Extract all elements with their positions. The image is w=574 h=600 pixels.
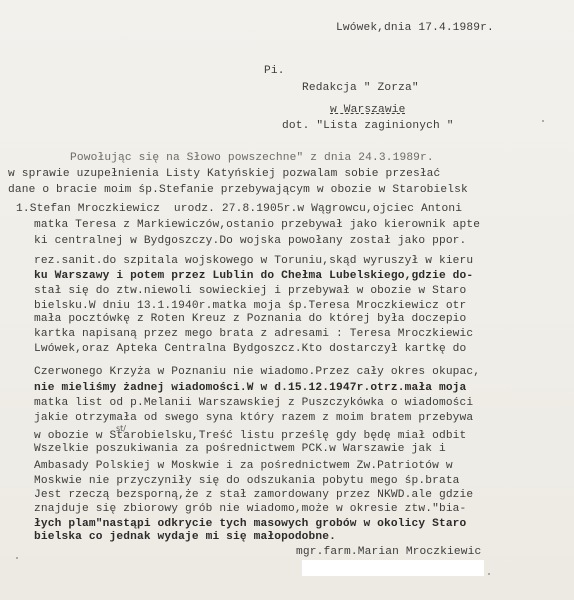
body-line: Lwówek,oraz Apteka Centralna Bydgoszcz.K… xyxy=(34,343,466,356)
body-line: Ambasady Polskiej w Moskwie i za pośredn… xyxy=(34,460,453,473)
body-line: matka list od p.Melanii Warszawskiej z P… xyxy=(34,397,473,410)
letter-subject: dot. "Lista zaginionych " xyxy=(282,120,454,133)
signature: mgr.farm.Marian Mroczkiewic xyxy=(296,546,481,559)
body-line: w obozie w Starobielsku,Treść listu prze… xyxy=(34,430,466,443)
paper-speck xyxy=(16,557,18,559)
body-line: mała pocztówkę z Roten Kreuz z Poznania … xyxy=(34,313,466,326)
body-line: dane o bracie moim śp.Stefanie przebywaj… xyxy=(8,184,468,197)
body-line: bielsku.W dniu 13.1.1940r.matka moja śp.… xyxy=(34,300,466,313)
body-line: Wszelkie poszukiwania za pośrednictwem P… xyxy=(34,443,446,456)
body-line: Powołując się na Słowo powszechne" z dni… xyxy=(70,152,434,165)
paper-speck xyxy=(488,573,490,575)
addressee-city: w Warszawie xyxy=(330,104,406,117)
place-date: Lwówek,dnia 17.4.1989r. xyxy=(336,22,494,35)
addressee-prefix: Pi. xyxy=(264,65,285,78)
paper-speck xyxy=(542,120,544,122)
redaction-box xyxy=(302,560,484,576)
body-line: matka Teresa z Markiewiczów,ostanio prze… xyxy=(34,219,480,232)
body-line: znajduje się zbiorowy grób nie wiadomo,m… xyxy=(34,503,466,516)
addressee-name: Redakcja " Zorza" xyxy=(302,82,419,95)
body-line: rez.sanit.do szpitala wojskowego w Torun… xyxy=(34,255,473,268)
body-line: ki centralnej w Bydgoszczy.Do wojska pow… xyxy=(34,235,466,248)
body-line: nie mieliśmy żadnej wiadomości.W w d.15.… xyxy=(34,382,466,395)
body-line: w sprawie uzupełnienia Listy Katyńskiej … xyxy=(8,168,440,181)
body-line: Moskwie nie przyczyniły się do odszukani… xyxy=(34,475,460,488)
body-line: jakie otrzymała od swego syna który raze… xyxy=(34,412,473,425)
body-line: stał się do ztw.niewoli sowieckiej i prz… xyxy=(34,285,466,298)
body-line: 1.Stefan Mroczkiewicz urodz. 27.8.1905r.… xyxy=(16,203,462,216)
body-line: Jest rzeczą bezsporną,że z stał zamordow… xyxy=(34,489,473,502)
body-line: ku Warszawy i potem przez Lublin do Cheł… xyxy=(34,270,473,283)
body-line: łych plam"nastąpi odkrycie tych masowych… xyxy=(34,518,466,531)
body-line: Czerwonego Krzyża w Poznaniu nie wiadomo… xyxy=(34,366,480,379)
body-line: bielska co jednak wydaje mi się małopodo… xyxy=(34,531,336,544)
letter-paper: Lwówek,dnia 17.4.1989r. Pi. Redakcja " Z… xyxy=(0,0,574,600)
body-line: kartka napisaną przez mego brata z adres… xyxy=(34,328,473,341)
